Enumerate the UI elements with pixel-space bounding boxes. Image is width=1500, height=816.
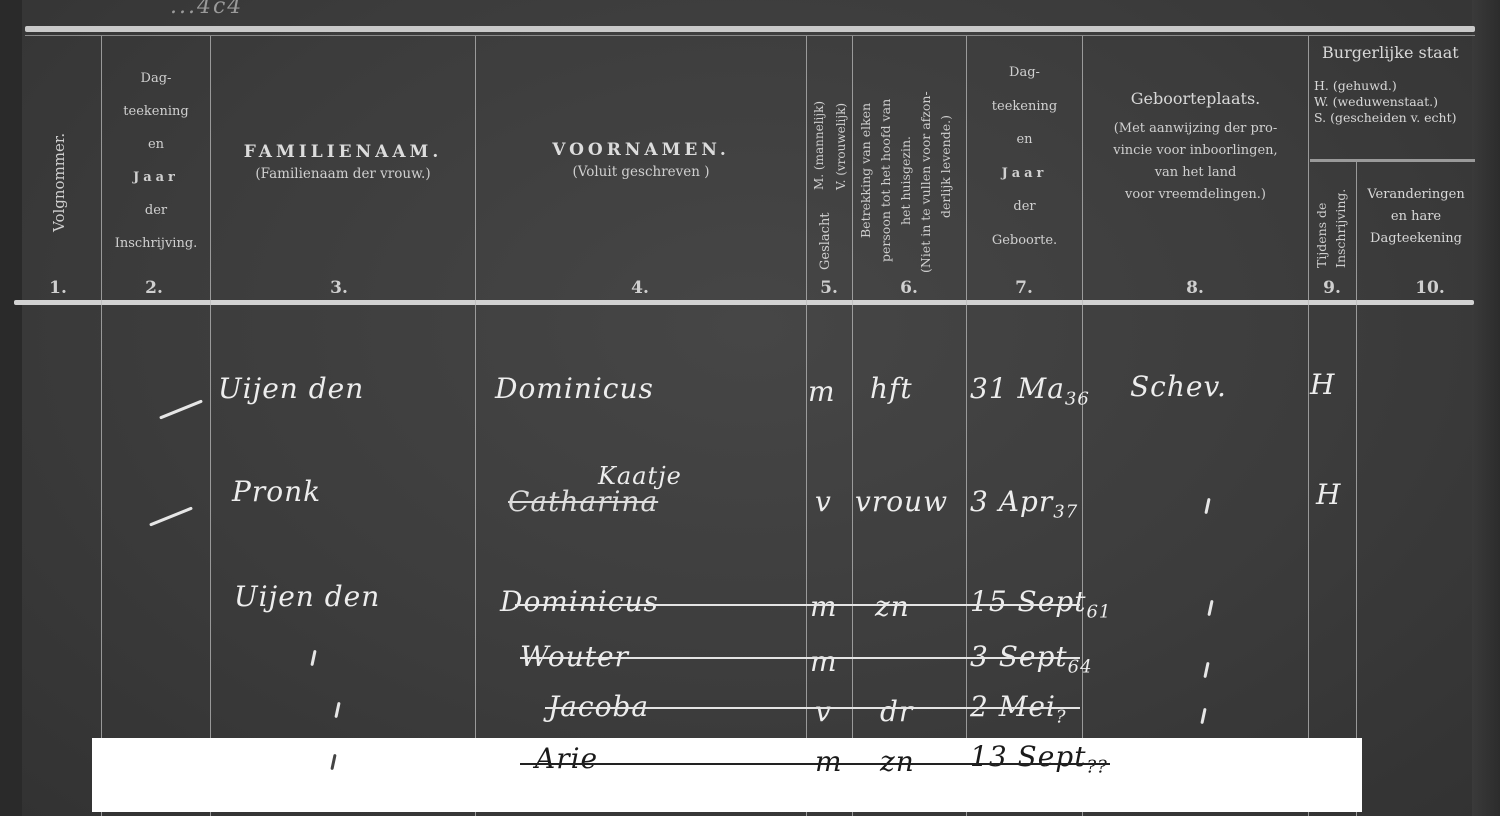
column-number-4: 4. <box>631 278 649 298</box>
birth-date: 15 Sept <box>970 585 1086 618</box>
row2-betrekking: vrouw <box>855 485 948 518</box>
scanned-strip <box>92 738 1362 812</box>
header-line: Inschrijving. <box>102 227 210 260</box>
column-divider <box>806 36 807 816</box>
header-geslacht-v: V. (vrouwelijk) <box>834 103 848 190</box>
row3-betrekking: zn <box>875 590 910 623</box>
header-line: der <box>102 194 210 227</box>
column-number-1: 1. <box>49 278 67 298</box>
row3-strike-line <box>515 604 1080 606</box>
header-title: FAMILIENAAM. <box>211 140 475 165</box>
row5-betrekking: dr <box>880 695 913 728</box>
row1-geslacht: m <box>808 375 836 408</box>
header-geboorteplaats: Geboorteplaats. (Met aanwijzing der pro-… <box>1083 88 1308 206</box>
row3-familienaam: Uijen den <box>234 580 380 613</box>
column-number-6: 6. <box>900 278 918 298</box>
row5-geslacht: v <box>815 695 832 728</box>
header-title: VOORNAMEN. <box>476 138 806 163</box>
column-number-7: 7. <box>1015 278 1033 298</box>
header-betrekking-4: (Niet in te vullen voor afzon- <box>918 91 933 273</box>
ditto-mark <box>334 702 340 718</box>
row1-burgerlijke-staat: H <box>1310 368 1335 401</box>
row6-betrekking: zn <box>880 745 915 778</box>
row1-betrekking: hft <box>870 372 913 405</box>
row4-strike-line <box>520 657 1080 659</box>
row5-strike-line <box>545 707 1080 709</box>
header-tijdens-1: Tijdens de <box>1314 203 1329 268</box>
birth-year: 37 <box>1053 502 1078 523</box>
header-line: Jaar <box>102 161 210 194</box>
row2-geslacht: v <box>815 485 832 518</box>
header-familienaam: FAMILIENAAM. (Familienaam der vrouw.) <box>211 140 475 184</box>
burgerlijke-staat-legend: H. (gehuwd.) W. (weduwenstaat.) S. (gesc… <box>1314 78 1472 126</box>
header-line: en <box>102 128 210 161</box>
birth-date: 3 Apr <box>970 485 1053 518</box>
ditto-mark <box>310 650 316 666</box>
birth-year: 61 <box>1086 602 1111 623</box>
row2-geboorte: 3 Apr37 <box>970 485 1078 523</box>
row4-geslacht: m <box>810 645 838 678</box>
legend-line: S. (gescheiden v. echt) <box>1314 110 1472 126</box>
row1-familienaam: Uijen den <box>218 372 364 405</box>
birth-year: ?? <box>1086 757 1107 778</box>
header-line: van het land <box>1083 162 1308 184</box>
row3-geslacht: m <box>810 590 838 623</box>
header-betrekking-1: Betrekking van elken <box>858 103 873 238</box>
row2-voornamen: Kaatje <box>598 462 682 490</box>
header-line: voor vreemdelingen.) <box>1083 184 1308 206</box>
header-voornamen: VOORNAMEN. (Voluit geschreven ) <box>476 138 806 182</box>
column-number-2: 2. <box>145 278 163 298</box>
row1-geboorteplaats: Schev. <box>1130 370 1227 403</box>
top-annotation: ...4c4 <box>170 0 243 19</box>
header-volgnommer: Volgnommer. <box>50 133 68 232</box>
column-divider <box>1308 36 1309 816</box>
column-number-5: 5. <box>820 278 838 298</box>
row6-strike-line <box>520 763 1110 765</box>
volgnummer-mark <box>159 399 203 419</box>
row2-familienaam: Pronk <box>232 475 321 508</box>
row6-geslacht: m <box>815 745 843 778</box>
row1-geboorte: 31 Ma36 <box>970 372 1090 410</box>
header-betrekking-2: persoon tot het hoofd van <box>878 99 893 262</box>
column-number-8: 8. <box>1186 278 1204 298</box>
header-geslacht: Geslacht <box>818 212 833 270</box>
header-line: (Met aanwijzing der pro- <box>1083 118 1308 140</box>
header-line: Dag- <box>102 62 210 95</box>
birth-date: 31 Ma <box>970 372 1065 405</box>
page-right-edge <box>1472 0 1500 816</box>
header-line: teekening <box>967 90 1082 124</box>
ditto-mark <box>1207 600 1213 616</box>
row6-geboorte: 13 Sept?? <box>970 740 1108 778</box>
legend-line: H. (gehuwd.) <box>1314 78 1472 94</box>
row6-voornamen: Arie <box>535 742 598 775</box>
header-dagteekening-inschrijving: Dag- teekening en Jaar der Inschrijving. <box>102 62 210 260</box>
column-number-10: 10. <box>1415 278 1445 298</box>
birth-date: 13 Sept <box>970 740 1086 773</box>
row1-voornamen: Dominicus <box>495 372 654 405</box>
header-line: en <box>967 123 1082 157</box>
header-veranderingen: Veranderingen en hare Dagteekening <box>1360 184 1472 250</box>
header-line: Dagteekening <box>1360 228 1472 250</box>
page-left-edge <box>0 0 22 816</box>
header-line: Jaar <box>967 157 1082 191</box>
legend-line: W. (weduwenstaat.) <box>1314 94 1472 110</box>
top-rule-thin <box>25 35 1475 36</box>
header-line: Geboorte. <box>967 224 1082 258</box>
ditto-mark <box>1200 708 1206 724</box>
header-betrekking-5: derlijk levende.) <box>938 115 953 218</box>
header-subtitle: (Voluit geschreven ) <box>476 163 806 183</box>
header-line: en hare <box>1360 206 1472 228</box>
header-bottom-rule <box>14 300 1474 305</box>
row3-voornamen: Dominicus <box>500 585 659 618</box>
ditto-mark <box>1203 662 1209 678</box>
birth-year: 36 <box>1065 389 1090 410</box>
header-subtitle: (Familienaam der vrouw.) <box>211 165 475 185</box>
birth-year: ? <box>1056 707 1067 728</box>
header-title: Geboorteplaats. <box>1083 88 1308 110</box>
top-rule <box>25 26 1475 32</box>
ditto-mark <box>1204 498 1210 514</box>
column-divider <box>852 36 853 816</box>
header-betrekking-3: het huisgezin. <box>898 136 913 225</box>
column-number-3: 3. <box>330 278 348 298</box>
birth-year: 64 <box>1068 657 1093 678</box>
header-burgerlijke-staat: Burgerlijke staat <box>1322 43 1472 62</box>
header-line: teekening <box>102 95 210 128</box>
header-line: der <box>967 190 1082 224</box>
header-line: vincie voor inboorlingen, <box>1083 140 1308 162</box>
header-dagteekening-geboorte: Dag- teekening en Jaar der Geboorte. <box>967 56 1082 257</box>
column-number-9: 9. <box>1323 278 1341 298</box>
burgerlijke-staat-rule <box>1310 159 1475 162</box>
header-line: Veranderingen <box>1360 184 1472 206</box>
column-divider <box>1356 160 1357 816</box>
register-page: ...4c4 Volgnommer. 1. Dag- teekening en … <box>0 0 1500 816</box>
row2-burgerlijke-staat: H <box>1316 478 1341 511</box>
volgnummer-mark <box>149 506 193 526</box>
header-line: Dag- <box>967 56 1082 90</box>
header-geslacht-m: M. (mannelijk) <box>812 101 826 190</box>
header-tijdens-2: Inschrijving. <box>1333 189 1348 268</box>
